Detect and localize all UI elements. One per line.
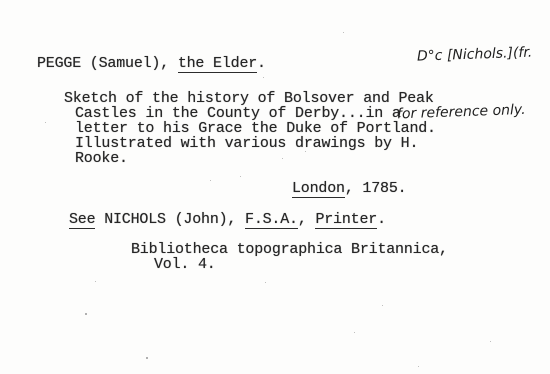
imprint-place: London [292, 180, 345, 198]
scan-speck [85, 313, 87, 315]
imprint-year: , 1785. [345, 180, 407, 197]
series-volume-line: Vol. 4. [154, 255, 216, 274]
heading-epithet: the Elder [178, 55, 257, 73]
heading-period: . [257, 55, 266, 72]
imprint-line: London, 1785. [292, 179, 406, 198]
reference-printer: Printer [315, 211, 377, 229]
scan-speck [354, 332, 355, 333]
scan-speck [382, 305, 383, 306]
heading-author: PEGGE (Samuel), [37, 55, 178, 72]
handwritten-note-line1: D°c [Nichols.](fr. [417, 44, 533, 67]
scan-speck [146, 357, 148, 359]
reference-name: NICHOLS (John), [95, 211, 245, 228]
scan-speck [490, 341, 491, 342]
scan-speck [305, 151, 306, 152]
scan-speck [282, 158, 283, 159]
scan-speck [418, 366, 419, 367]
scan-speck [265, 282, 266, 283]
reference-fsa: F.S.A. [245, 211, 298, 229]
scan-speck [263, 77, 264, 78]
scan-speck [210, 180, 211, 181]
scan-speck [240, 176, 241, 177]
scan-speck [343, 32, 344, 33]
heading-line: PEGGE (Samuel), the Elder. [37, 54, 266, 73]
see-label: See [69, 211, 95, 229]
description-line-5: Rooke. [75, 149, 128, 168]
scan-speck [95, 281, 96, 282]
reference-comma: , [298, 211, 316, 228]
reference-period: . [377, 211, 386, 228]
catalog-card: D°c [Nichols.](fr. for reference only. P… [0, 0, 550, 374]
scan-speck [45, 122, 46, 123]
see-reference-line: See NICHOLS (John), F.S.A., Printer. [69, 210, 386, 229]
